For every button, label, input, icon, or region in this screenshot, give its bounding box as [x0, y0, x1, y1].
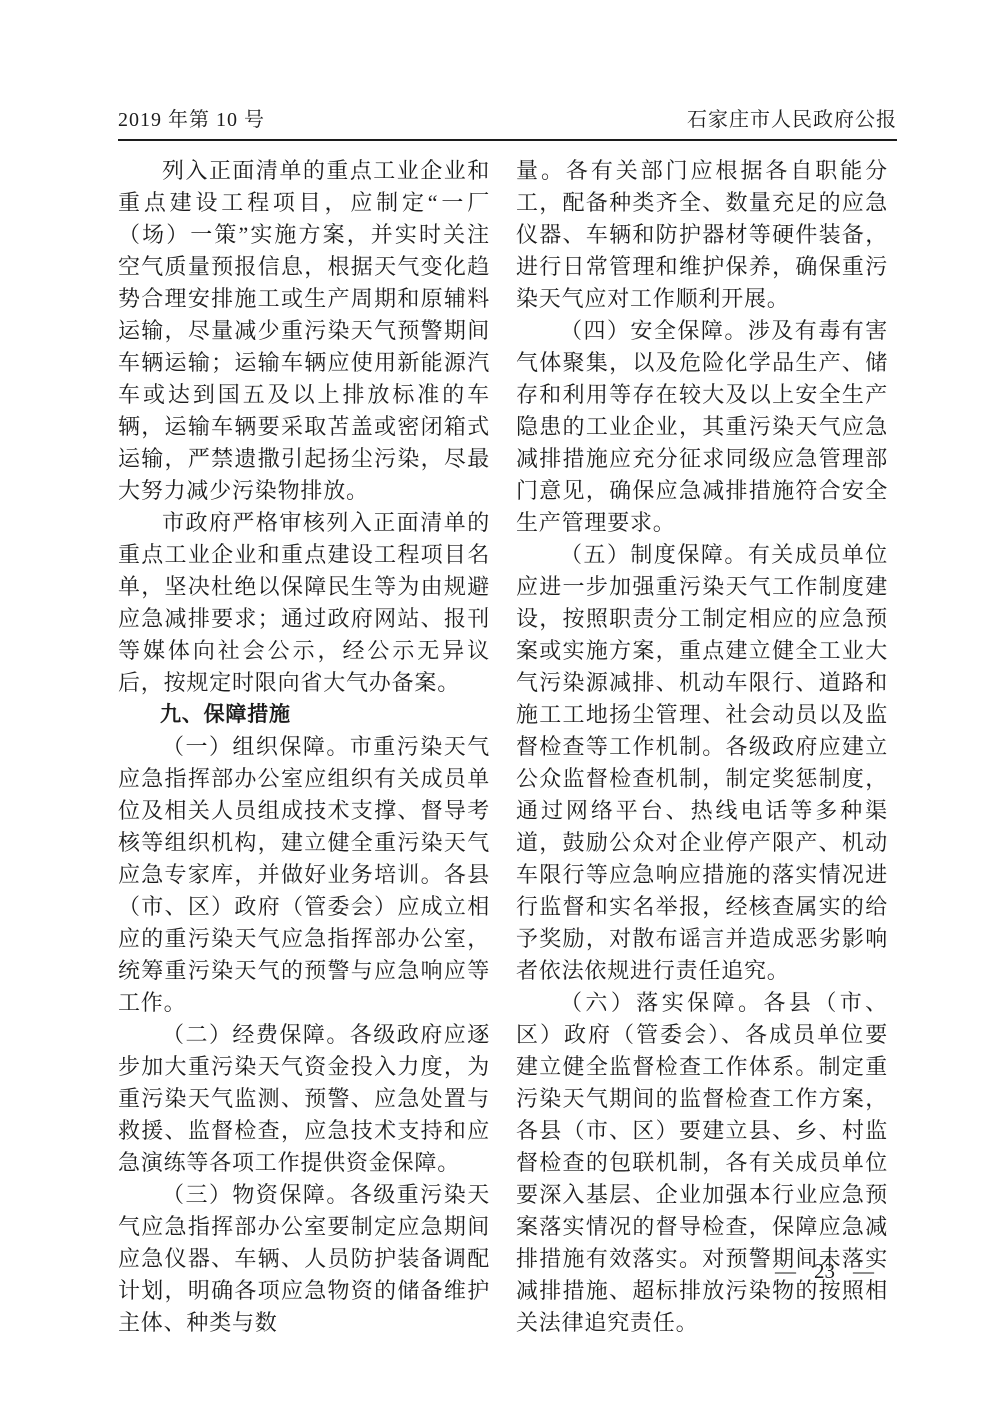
measure-paragraph-4: （四）安全保障。涉及有毒有害气体聚集，以及危险化学品生产、储存和利用等存在较大及… — [516, 315, 888, 539]
measure-lead: （三）物资保障。 — [162, 1182, 350, 1207]
continuation-paragraph: 量。各有关部门应根据各自职能分工，配备种类齐全、数量充足的应急仪器、车辆和防护器… — [516, 155, 888, 315]
section-heading: 九、保障措施 — [118, 699, 490, 731]
measure-lead: （一）组织保障。 — [162, 734, 350, 759]
measure-lead: （四）安全保障。 — [560, 318, 748, 343]
measure-paragraph-1: （一）组织保障。市重污染天气应急指挥部办公室应组织有关成员单位及相关人员组成技术… — [118, 731, 490, 1019]
right-column: 量。各有关部门应根据各自职能分工，配备种类齐全、数量充足的应急仪器、车辆和防护器… — [516, 155, 888, 1339]
left-column: 列入正面清单的重点工业企业和重点建设工程项目，应制定“一厂（场）一策”实施方案，… — [118, 155, 490, 1339]
page-number: 23 — [814, 1259, 835, 1283]
footer-dash-left: — — [775, 1259, 796, 1283]
measure-paragraph-3: （三）物资保障。各级重污染天气应急指挥部办公室要制定应急期间应急仪器、车辆、人员… — [118, 1179, 490, 1339]
measure-lead: （二）经费保障。 — [162, 1022, 350, 1047]
measure-paragraph-5: （五）制度保障。有关成员单位应进一步加强重污染天气工作制度建设，按照职责分工制定… — [516, 539, 888, 987]
body-paragraph: 列入正面清单的重点工业企业和重点建设工程项目，应制定“一厂（场）一策”实施方案，… — [118, 155, 490, 507]
measure-lead: （五）制度保障。 — [560, 542, 748, 567]
body-paragraph: 市政府严格审核列入正面清单的重点工业企业和重点建设工程项目名单，坚决杜绝以保障民… — [118, 507, 490, 699]
issue-number: 2019 年第 10 号 — [118, 103, 265, 132]
page-header: 2019 年第 10 号 石家庄市人民政府公报 — [118, 103, 897, 132]
header-divider — [118, 139, 897, 141]
gazette-page: 2019 年第 10 号 石家庄市人民政府公报 列入正面清单的重点工业企业和重点… — [0, 0, 1000, 1414]
page-footer: —23— — [775, 1255, 874, 1287]
measure-lead: （六）落实保障。 — [560, 990, 763, 1015]
measure-text: 有关成员单位应进一步加强重污染天气工作制度建设，按照职责分工制定相应的应急预案或… — [516, 542, 888, 983]
measure-paragraph-2: （二）经费保障。各级政府应逐步加大重污染天气资金投入力度，为重污染天气监测、预警… — [118, 1019, 490, 1179]
footer-dash-right: — — [853, 1259, 874, 1283]
body-columns: 列入正面清单的重点工业企业和重点建设工程项目，应制定“一厂（场）一策”实施方案，… — [118, 155, 888, 1339]
gazette-title: 石家庄市人民政府公报 — [687, 103, 897, 132]
measure-text: 市重污染天气应急指挥部办公室应组织有关成员单位及相关人员组成技术支撑、督导考核等… — [118, 734, 490, 1015]
measure-text: 涉及有毒有害气体聚集，以及危险化学品生产、储存和利用等存在较大及以上安全生产隐患… — [516, 318, 888, 535]
